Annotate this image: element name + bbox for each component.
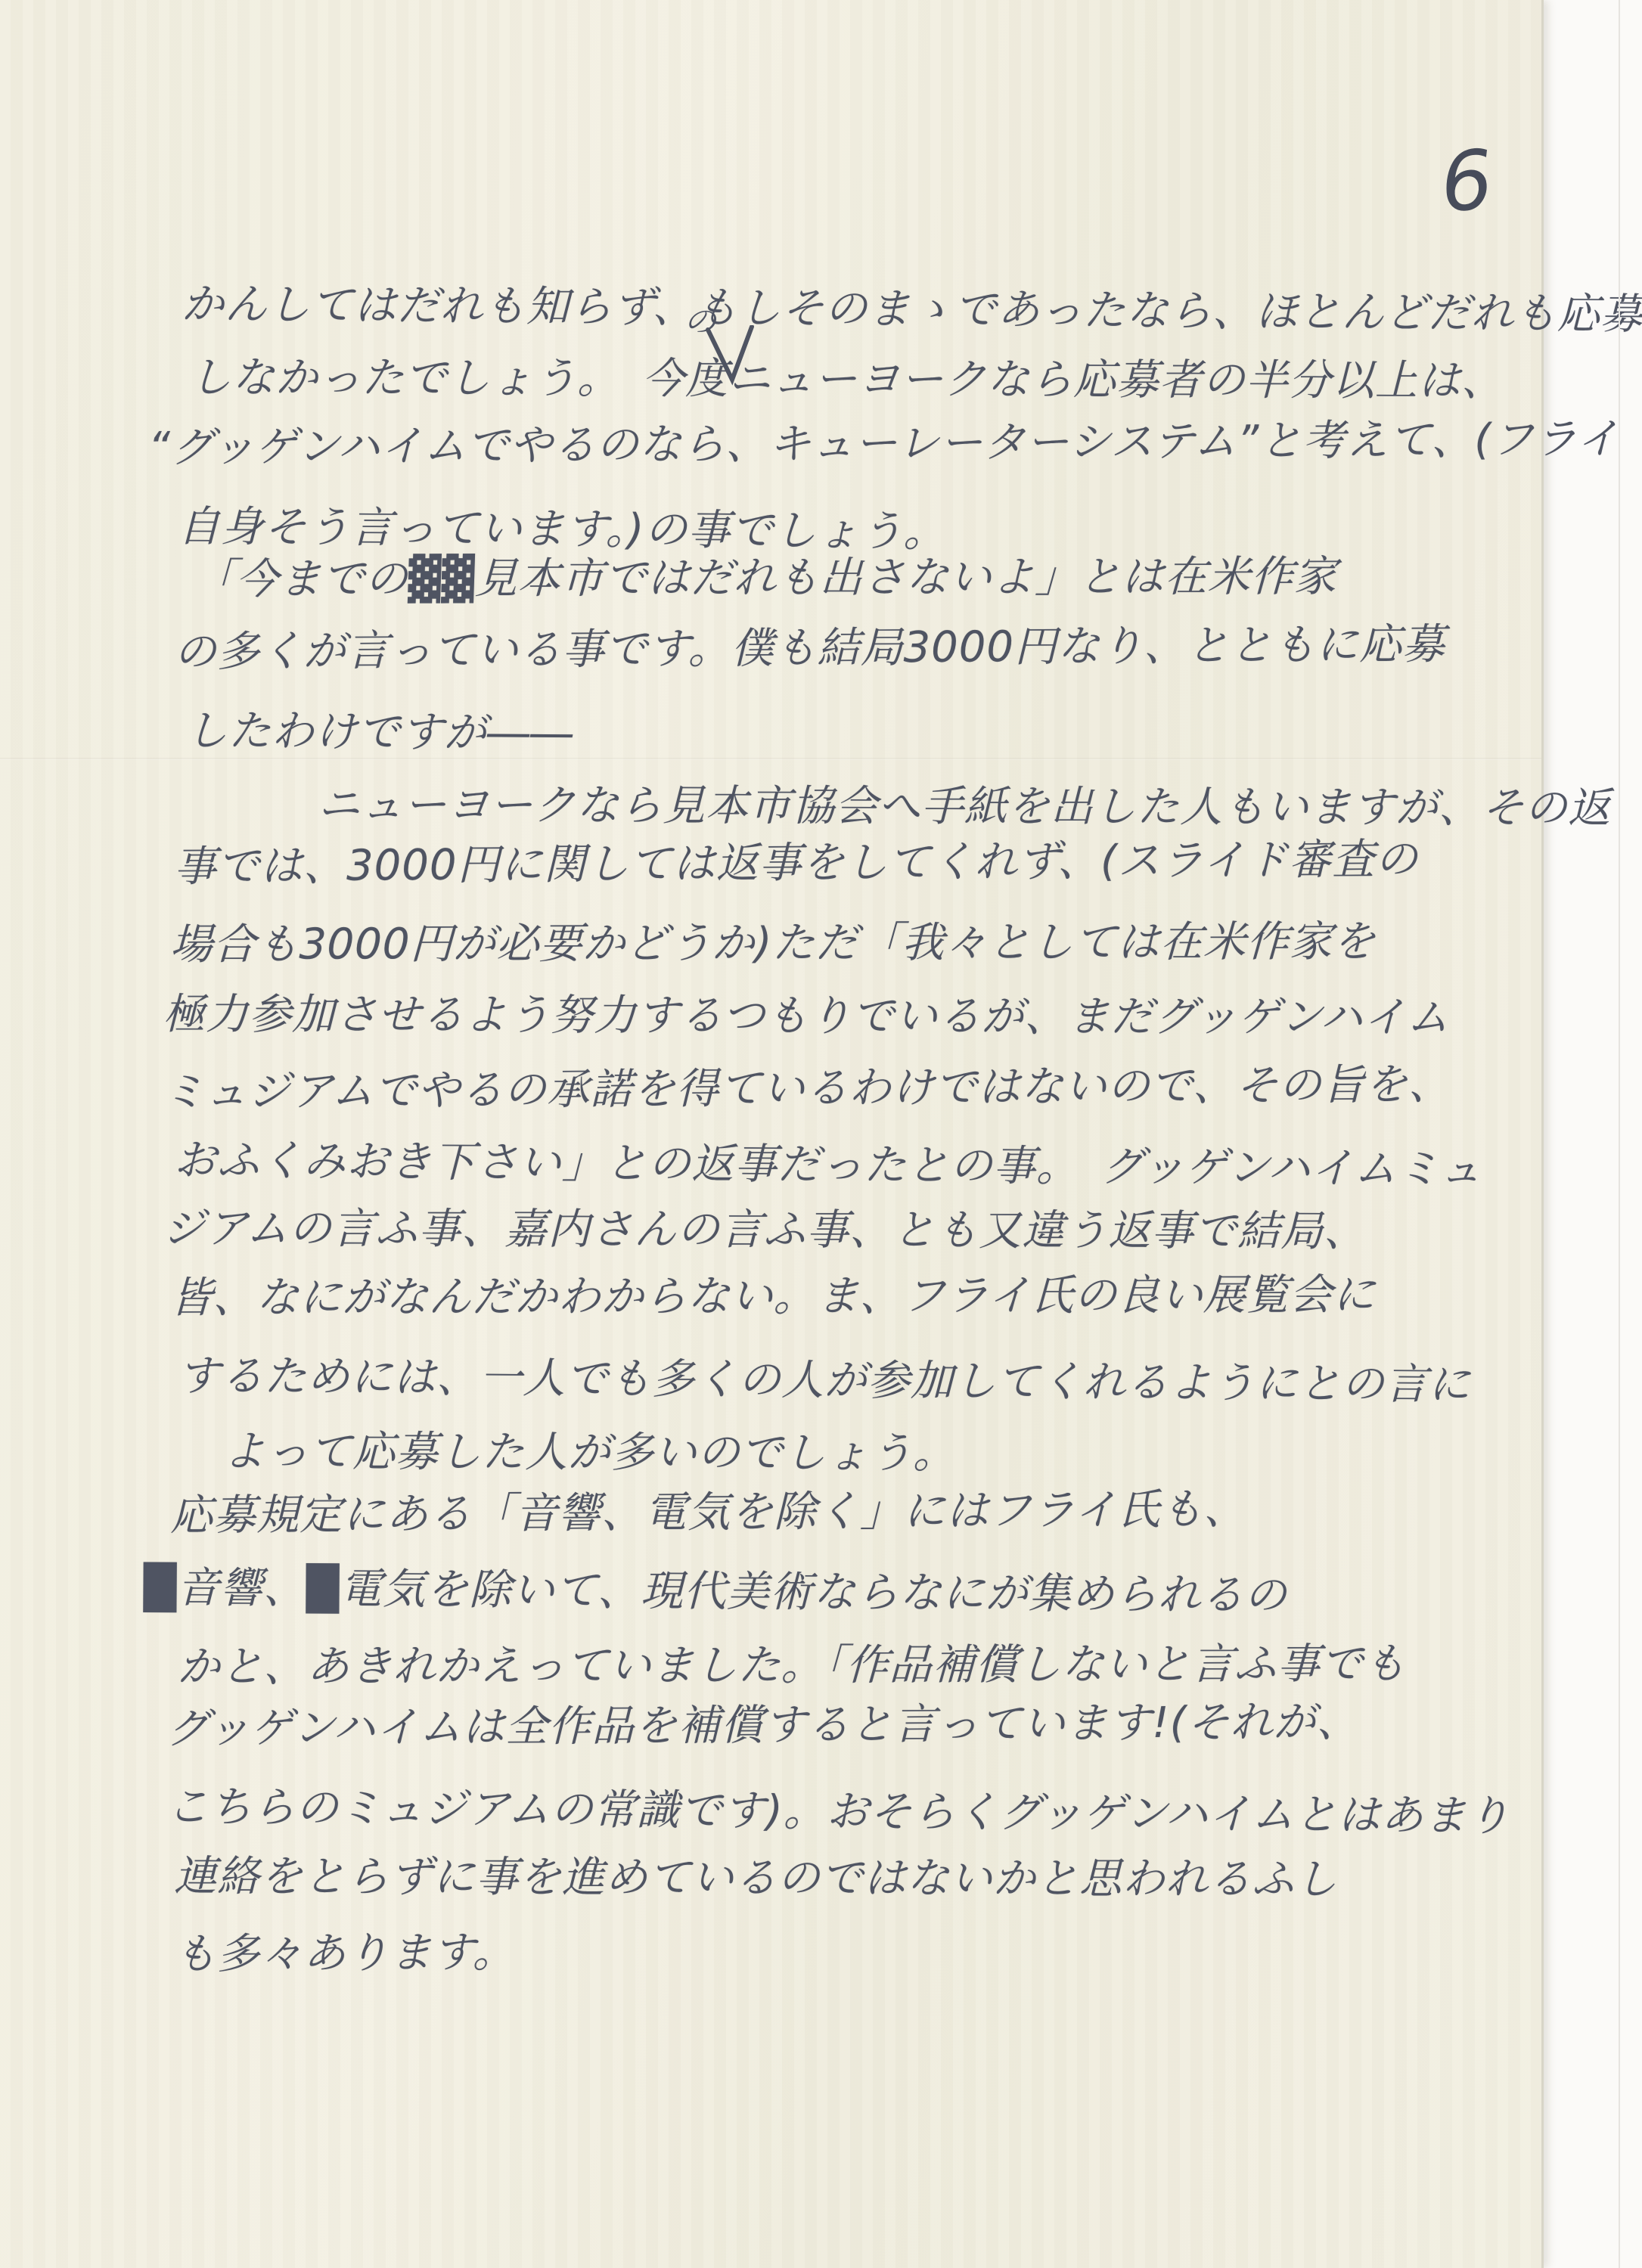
letter-line: しなかったでしょう。 今度ニューヨークなら応募者の半分以上は、 xyxy=(189,344,1504,408)
letter-line: するためには、一人でも多くの人が参加してくれるようにとの言に xyxy=(178,1342,1472,1412)
letter-line: こちらのミュジアムの常識です)。おそらくグッゲンハイムとはあまり xyxy=(166,1773,1510,1843)
letter-line: 応募規定にある「音響、電気を除く」にはフライ氏も、 xyxy=(170,1475,1247,1543)
letter-line: “グッゲンハイムでやるのなら、キューレーターシステム”と考えて、(フライ xyxy=(148,405,1620,475)
letter-line: ミュジアムでやるの承諾を得ているわけではないので、その旨を、 xyxy=(163,1051,1451,1119)
letter-line: かと、あきれかえっていました。「作品補償しないと言ふ事でも xyxy=(177,1630,1408,1694)
scan-edge-line xyxy=(1619,0,1620,2268)
letter-line: 事では、3000円に関しては返事をしてくれず、(スライド審査の xyxy=(174,826,1419,894)
letter-paper: 6 の かんしてはだれも知らず、もしそのまゝであったなら、ほとんどだれも応募しな… xyxy=(0,0,1544,2268)
fold-crease xyxy=(0,758,1541,760)
letter-line: ジアムの言ふ事、嘉内さんの言ふ事、とも又違う返事で結局、 xyxy=(163,1195,1367,1258)
letter-line: █音響、█電気を除いて、現代美術ならなにが集められるの xyxy=(144,1554,1288,1623)
letter-line: 極力参加させるよう努力するつもりでいるが、まだグッゲンハイム xyxy=(163,981,1450,1044)
letter-line: 皆、なにがなんだかわからない。ま、フライ氏の良い展覧会に xyxy=(169,1261,1377,1325)
letter-line: 「今までの▓▓見本市ではだれも出さないよ」とは在米作家 xyxy=(192,543,1339,607)
page-number: 6 xyxy=(1438,133,1496,231)
letter-line: の多くが言っている事です。僕も結局3000円なり、とともに応募 xyxy=(174,611,1446,679)
letter-line: かんしてはだれも知らず、もしそのまゝであったなら、ほとんどだれも応募 xyxy=(182,271,1642,341)
letter-line: 場合も3000円が必要かどうか)ただ「我々としては在米作家を xyxy=(169,908,1377,972)
letter-line: よって応募した人が多いのでしょう。 xyxy=(223,1418,956,1481)
letter-line: も多々あります。 xyxy=(174,1919,516,1981)
letter-line: グッゲンハイムは全作品を補償すると言っています!(それが、 xyxy=(166,1688,1360,1756)
letter-line: おふくみおき下さい」との返事だったとの事。 グッゲンハイムミュ xyxy=(174,1127,1483,1196)
scanned-letter-page: { "document": { "kind": "handwritten Jap… xyxy=(0,0,1642,2268)
letter-line: 連絡をとらずに事を進めているのではないかと思われるふし xyxy=(174,1843,1338,1907)
letter-line: したわけですが―― xyxy=(185,697,574,761)
